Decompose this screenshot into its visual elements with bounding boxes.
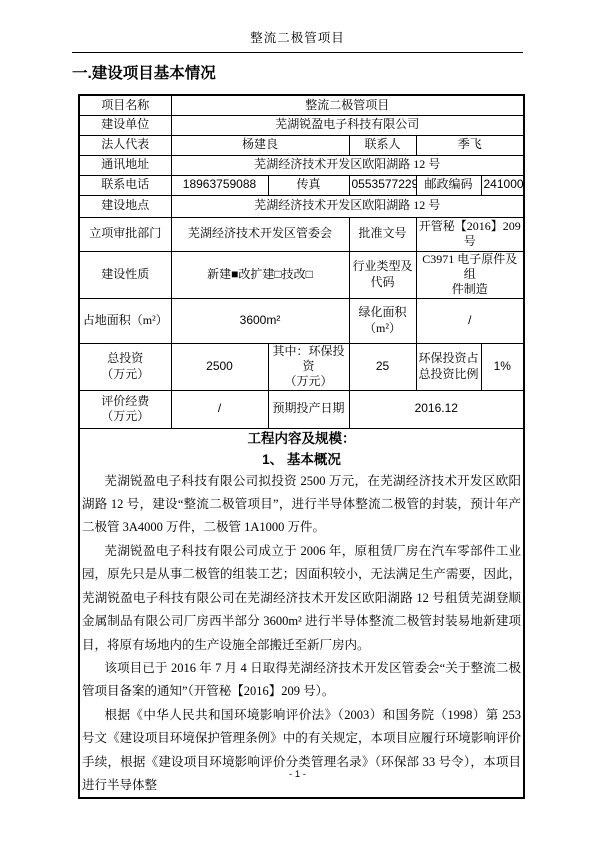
project-content-cell: 工程内容及规模： 1、 基本概况 芜湖锐盈电子科技有限公司拟投资 2500 万元… — [79, 428, 524, 798]
env-investment-value: 25 — [349, 343, 416, 390]
content-paragraph: 该项目已于 2016 年 7 月 4 日取得芜湖经济技术开发区管委会“关于整流二… — [82, 657, 521, 704]
production-date-value: 2016.12 — [349, 390, 524, 428]
site-value: 芜湖经济技术开发区欧阳湖路 12 号 — [171, 195, 524, 217]
row-land-area: 占地面积（m²） 3600m² 绿化面积 （m²） / — [79, 298, 524, 343]
phone-value: 18963759088 — [171, 175, 268, 195]
row-construction-site: 建设地点 芜湖经济技术开发区欧阳湖路 12 号 — [79, 195, 524, 217]
project-name-label: 项目名称 — [79, 95, 171, 115]
page-header-title: 整流二极管项目 — [0, 28, 595, 46]
row-project-content: 工程内容及规模： 1、 基本概况 芜湖锐盈电子科技有限公司拟投资 2500 万元… — [79, 428, 524, 798]
address-label: 通讯地址 — [79, 155, 171, 175]
postcode-label: 邮政编码 — [416, 175, 481, 195]
section-title: 一.建设项目基本情况 — [72, 61, 216, 83]
row-phone: 联系电话 18963759088 传真 05535772298 邮政编码 241… — [79, 175, 524, 195]
row-total-investment: 总投资 （万元） 2500 其中：环保投资 （万元） 25 环保投资占 总投资比… — [79, 343, 524, 390]
unit-label: 建设单位 — [79, 115, 171, 135]
env-ratio-value: 1% — [481, 343, 524, 390]
approval-doc-value: 开管秘【2016】209 号 — [416, 217, 524, 251]
content-section-title: 工程内容及规模： — [82, 429, 521, 449]
row-construction-unit: 建设单位 芜湖锐盈电子科技有限公司 — [79, 115, 524, 135]
approval-doc-label: 批准文号 — [349, 217, 416, 251]
industry-value: C3971 电子原件及组 件制造 — [416, 251, 524, 298]
content-subsection-title: 1、 基本概况 — [82, 449, 521, 470]
area-value: 3600m² — [171, 298, 349, 343]
row-project-name: 项目名称 整流二极管项目 — [79, 95, 524, 115]
project-info-table: 项目名称 整流二极管项目 建设单位 芜湖锐盈电子科技有限公司 法人代表 杨建良 … — [78, 94, 525, 799]
production-date-label: 预期投产日期 — [268, 390, 349, 428]
nature-label: 建设性质 — [79, 251, 171, 298]
contact-label: 联系人 — [349, 135, 416, 155]
legal-value: 杨建良 — [171, 135, 349, 155]
industry-label: 行业类型及 代码 — [349, 251, 416, 298]
document-page: 整流二极管项目 一.建设项目基本情况 项目名称 整流二极管项目 建设单位 芜湖锐… — [0, 0, 595, 841]
content-paragraph: 芜湖锐盈电子科技有限公司拟投资 2500 万元，在芜湖经济技术开发区欧阳湖路 1… — [82, 470, 521, 540]
investment-value: 2500 — [171, 343, 268, 390]
project-name-value: 整流二极管项目 — [171, 95, 524, 115]
site-label: 建设地点 — [79, 195, 171, 217]
row-construction-nature: 建设性质 新建■改扩建□技改□ 行业类型及 代码 C3971 电子原件及组 件制… — [79, 251, 524, 298]
green-area-label: 绿化面积 （m²） — [349, 298, 416, 343]
env-investment-label: 其中：环保投资 （万元） — [268, 343, 349, 390]
eval-fee-value: / — [171, 390, 268, 428]
content-paragraph: 根据《中华人民共和国环境影响评价法》（2003）和国务院（1998）第 253 … — [82, 704, 521, 798]
approval-dept-value: 芜湖经济技术开发区管委会 — [171, 217, 349, 251]
fax-label: 传真 — [268, 175, 349, 195]
address-value: 芜湖经济技术开发区欧阳湖路 12 号 — [171, 155, 524, 175]
eval-fee-label: 评价经费 （万元） — [79, 390, 171, 428]
row-evaluation-fee: 评价经费 （万元） / 预期投产日期 2016.12 — [79, 390, 524, 428]
fax-value: 05535772298 — [349, 175, 416, 195]
area-label: 占地面积（m²） — [79, 298, 171, 343]
row-legal-representative: 法人代表 杨建良 联系人 季飞 — [79, 135, 524, 155]
nature-checkboxes: 新建■改扩建□技改□ — [171, 251, 349, 298]
env-ratio-label: 环保投资占 总投资比例 — [416, 343, 481, 390]
header-divider — [72, 52, 523, 53]
page-number: - 1 - — [0, 769, 595, 780]
content-paragraph: 芜湖锐盈电子科技有限公司成立于 2006 年，原租赁厂房在汽车零部件工业园，原先… — [82, 540, 521, 657]
investment-label: 总投资 （万元） — [79, 343, 171, 390]
contact-value: 季飞 — [416, 135, 524, 155]
phone-label: 联系电话 — [79, 175, 171, 195]
row-mailing-address: 通讯地址 芜湖经济技术开发区欧阳湖路 12 号 — [79, 155, 524, 175]
green-area-value: / — [416, 298, 524, 343]
unit-value: 芜湖锐盈电子科技有限公司 — [171, 115, 524, 135]
row-approval-department: 立项审批部门 芜湖经济技术开发区管委会 批准文号 开管秘【2016】209 号 — [79, 217, 524, 251]
postcode-value: 241000 — [481, 175, 524, 195]
approval-dept-label: 立项审批部门 — [79, 217, 171, 251]
legal-label: 法人代表 — [79, 135, 171, 155]
